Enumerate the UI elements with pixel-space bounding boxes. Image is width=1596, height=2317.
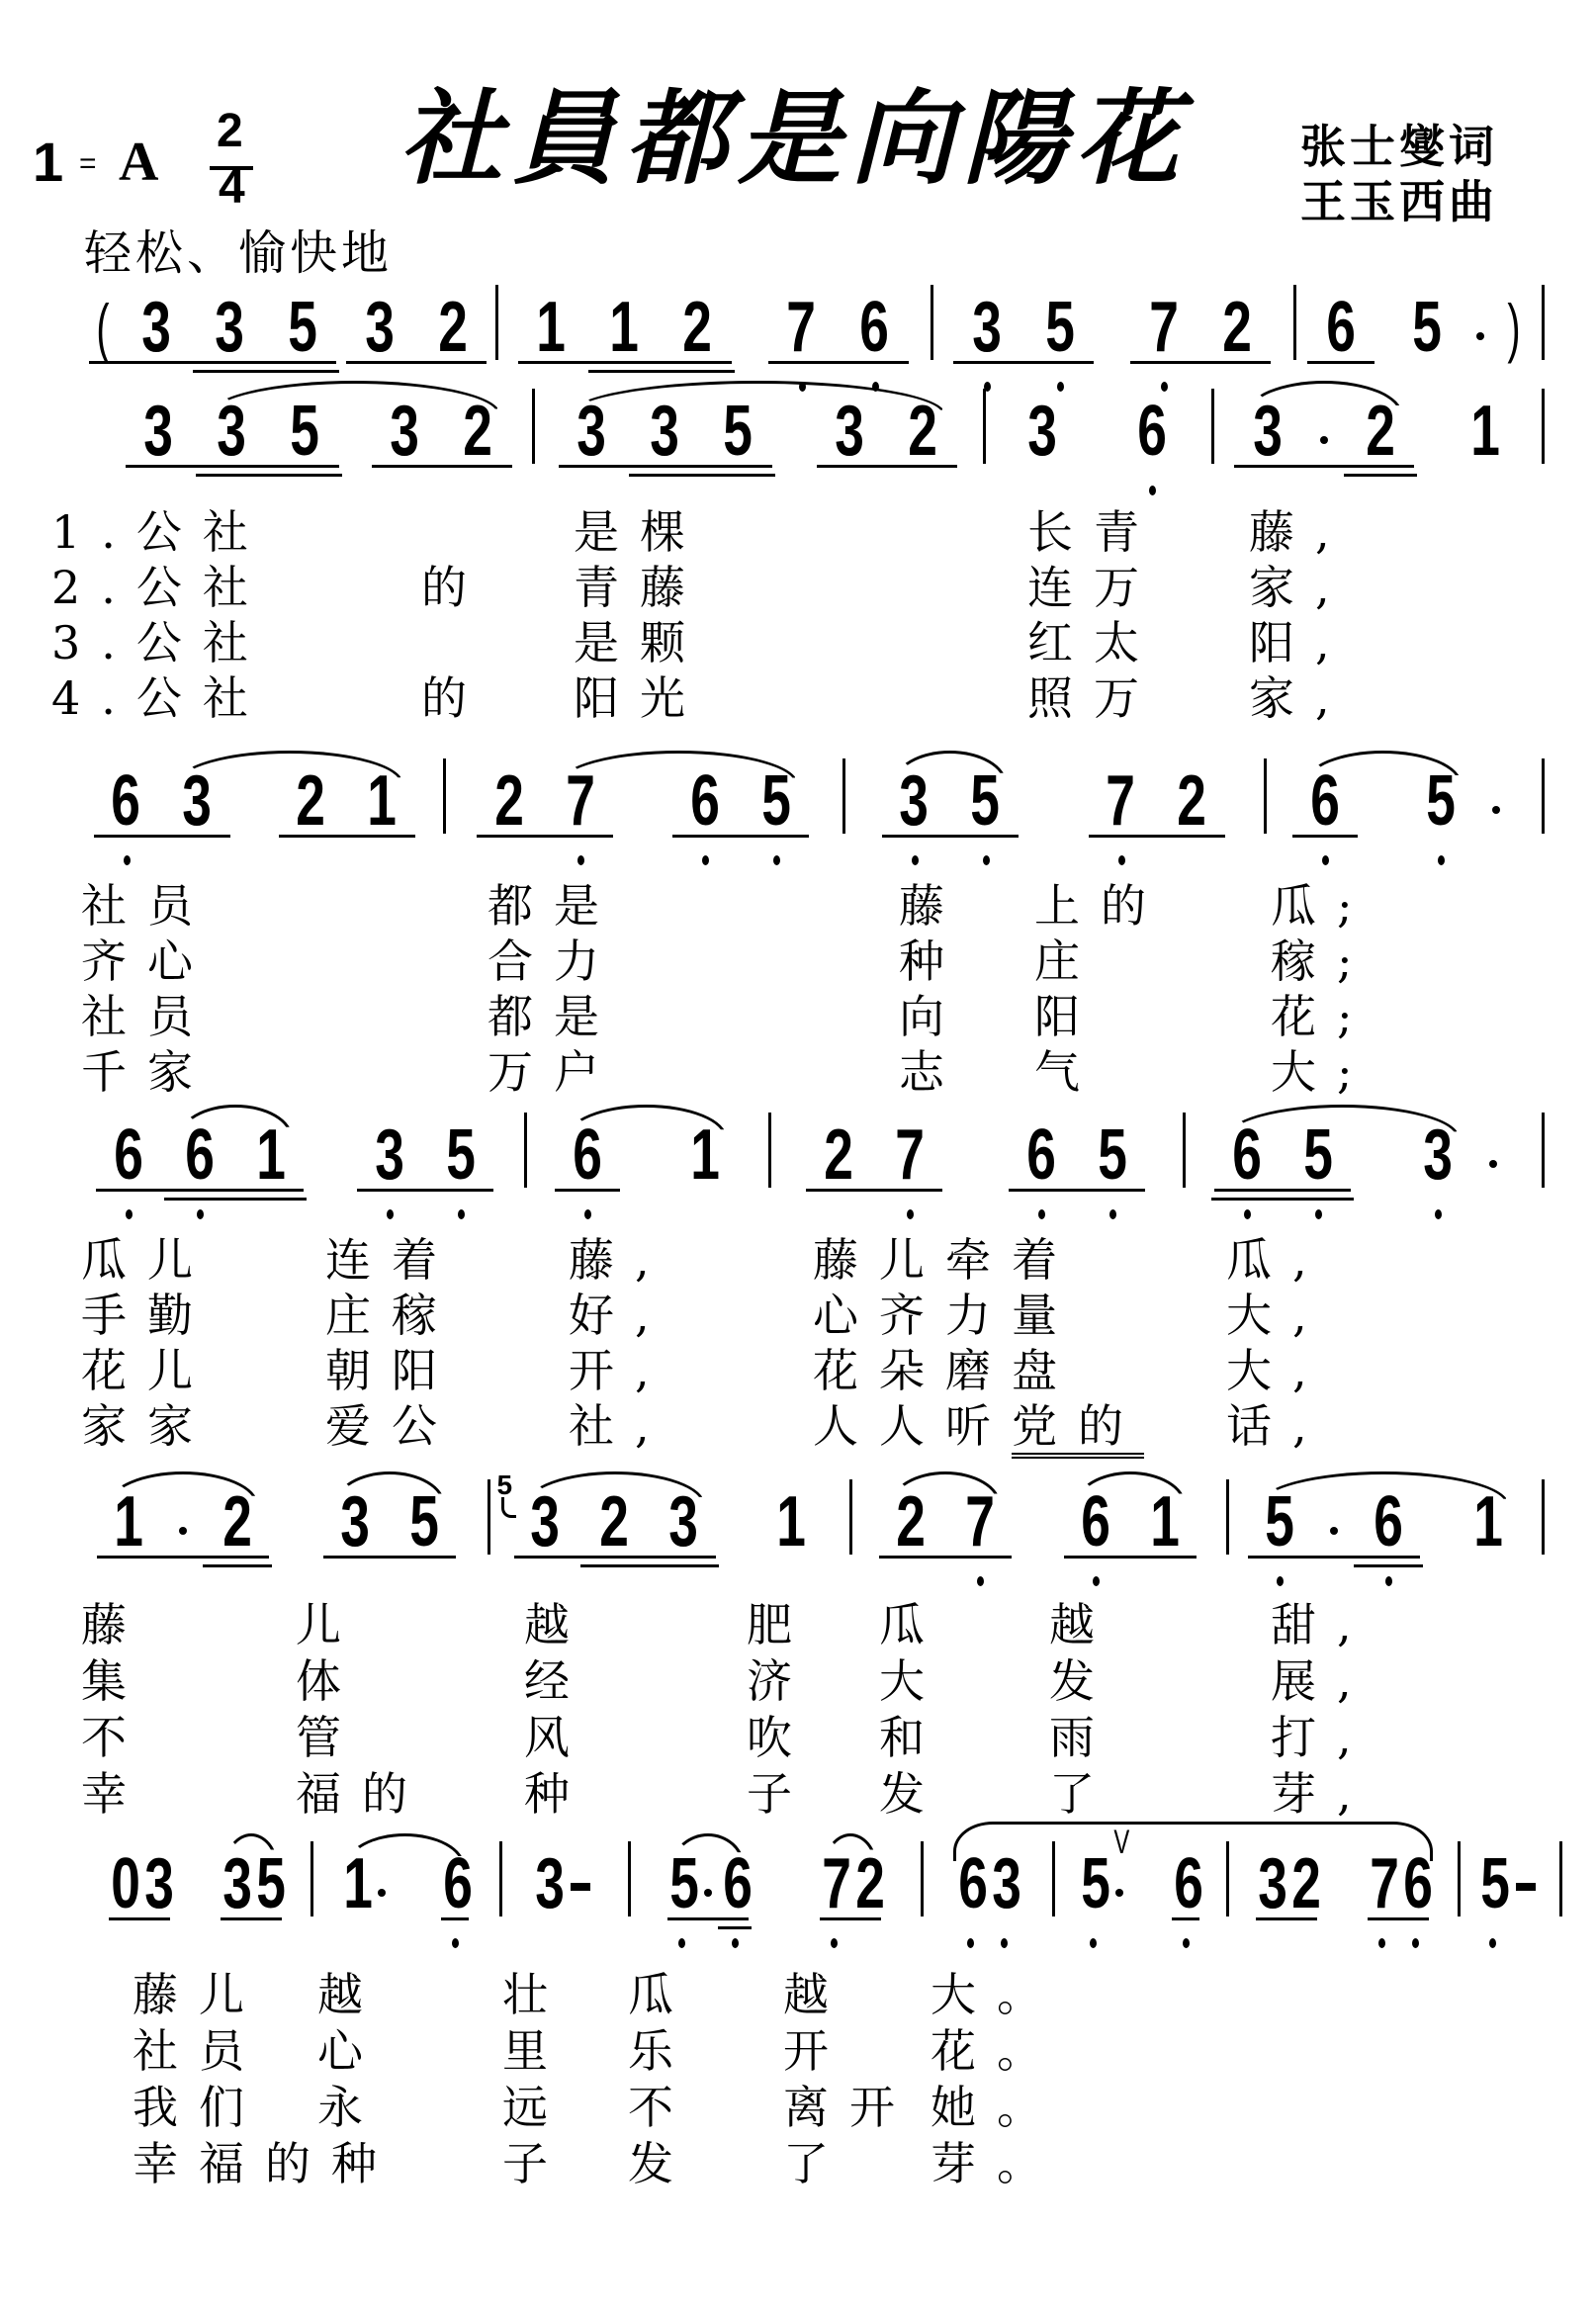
lyric-syllable: 照万 (1027, 672, 1160, 724)
low-octave-dot-icon (907, 1209, 914, 1219)
lyric-syllable: 大, (1226, 1345, 1328, 1396)
note: 3 (1253, 1855, 1286, 1913)
dot-icon (179, 1527, 187, 1535)
note: 6 (1006, 1126, 1077, 1184)
dot-icon (704, 1889, 712, 1897)
note-digit: 5 (1045, 299, 1075, 356)
low-octave-dot-icon (977, 1576, 984, 1586)
lyric-syllable: 都是 (488, 880, 620, 932)
key-degree: 1 (33, 133, 63, 192)
lyric-syllable: 她。 (931, 2082, 1063, 2133)
lyric-syllable: 儿 (296, 1599, 362, 1650)
slur-arc (566, 1105, 727, 1138)
note-digit: 7 (1370, 1855, 1399, 1913)
lyric-syllable: 花; (1271, 991, 1374, 1042)
measure: 3572 (934, 299, 1289, 358)
low-octave-dot-icon (1093, 1576, 1100, 1586)
beamed-note-group: 112 (515, 299, 735, 358)
measure: 36 (987, 402, 1207, 462)
note-digit: 5 (1098, 1126, 1127, 1184)
note: 2 (416, 299, 489, 356)
low-octave-dot-icon (1378, 1938, 1385, 1948)
lyric-syllable: 稼; (1271, 936, 1374, 987)
lyric-syllable: 子 (747, 1768, 813, 1820)
beamed-note-group: 6 (1304, 299, 1377, 358)
lyric-syllable: 家, (1249, 672, 1351, 724)
lyric-syllable: 4.公社 (51, 672, 269, 724)
slur-arc (890, 1471, 1001, 1505)
lyric-syllable: 壮 (502, 1969, 569, 2020)
lyric-syllable: 齐心 (81, 936, 214, 987)
lyric-syllable: 瓜 (628, 1969, 694, 2020)
lyric-syllable: 上的 (1034, 880, 1167, 932)
note: 3 (530, 1855, 564, 1913)
low-octave-dot-icon (1118, 855, 1125, 865)
dash-icon (571, 1883, 590, 1891)
dot-icon (1115, 1889, 1123, 1897)
note-digit: 3 (535, 1855, 565, 1913)
note: 6 (1115, 402, 1189, 460)
sheet-music-page: 1 = A 2 4 社員都是向陽花 张士燮词 王玉西曲 轻松、愉快地 (3353… (0, 0, 1596, 2317)
note-digit: 3 (992, 1855, 1021, 1913)
slur-arc (893, 751, 1007, 784)
lyric-syllable: 了 (783, 2138, 849, 2189)
note-digit: 2 (1178, 772, 1207, 830)
lyric-syllable: 大。 (931, 1969, 1063, 2020)
song-title: 社員都是向陽花 (399, 83, 1189, 194)
lyric-syllable: 花朵磨盘 (813, 1345, 1078, 1396)
lyric-syllable: 越 (317, 1969, 384, 2020)
slur-arc (953, 1822, 1432, 1861)
low-octave-dot-icon (577, 855, 584, 865)
slur-arc (108, 1471, 258, 1505)
lyric-syllable: 心齐力量 (813, 1290, 1078, 1341)
note-digit: 3 (215, 299, 244, 356)
slur-arc (1225, 1105, 1460, 1138)
staff-1: (3353211276357265) (0, 299, 1596, 358)
dot-icon (1320, 436, 1328, 444)
note-group: 63 (953, 1855, 1020, 1915)
lyric-syllable: 里 (502, 2025, 569, 2077)
lyric-syllable: 种 (524, 1768, 590, 1820)
note-digit: 7 (1149, 299, 1179, 356)
lyric-syllable: 人人听党的 (813, 1400, 1144, 1452)
lyric-syllable: 气 (1034, 1046, 1101, 1098)
lyric-syllable: 红太 (1027, 617, 1160, 668)
measure: (33532 (84, 299, 491, 358)
note: 1 (515, 299, 588, 356)
note: 6 (91, 772, 162, 830)
low-octave-dot-icon (584, 1209, 591, 1219)
dash-extension (564, 1855, 597, 1913)
lyric-syllable: 阳光 (574, 672, 706, 724)
low-octave-dot-icon (1038, 1209, 1045, 1219)
lyric-syllable: 连万 (1027, 562, 1160, 613)
bar-line (1559, 1841, 1562, 1916)
lyric-syllable: 手勤 (81, 1290, 214, 1341)
bar-line (443, 758, 446, 834)
low-octave-dot-icon (732, 1938, 739, 1948)
note: 2 (662, 299, 735, 356)
note: 2 (474, 772, 545, 830)
low-octave-dot-icon (126, 1209, 133, 1219)
lyric-syllable: 瓜 (879, 1599, 945, 1650)
slur-arc (176, 751, 403, 784)
lyric-syllable: 都是 (488, 991, 620, 1042)
lyric-syllable: 藤儿 (133, 1969, 265, 2020)
note: 3 (354, 1126, 425, 1184)
note: 5 (1475, 1855, 1509, 1913)
note: 6 (839, 299, 912, 356)
bar-line (1542, 285, 1545, 360)
dot-icon (1492, 806, 1500, 814)
low-octave-dot-icon (458, 1209, 465, 1219)
note-digit: 5 (1480, 1855, 1510, 1913)
note-group: 5 (1475, 1855, 1543, 1915)
note-group: 5V (1076, 1855, 1129, 1915)
note-digit: 1 (537, 299, 567, 356)
lyric-syllable: 社员 (133, 2025, 265, 2077)
grace-note: 5 (497, 1471, 513, 1499)
measure: 11276 (499, 299, 927, 358)
lyric-syllable: 离开 (783, 2082, 916, 2133)
low-octave-dot-icon (1277, 1576, 1284, 1586)
parenthesis: ( (86, 299, 120, 356)
slur-arc (210, 381, 499, 414)
note-digit: 3 (365, 299, 395, 356)
lyric-syllable: 家, (1249, 562, 1351, 613)
note-group: 3 (530, 1855, 597, 1915)
lyric-syllable: 经 (524, 1655, 590, 1707)
low-octave-dot-icon (1149, 486, 1156, 495)
low-octave-dot-icon (678, 1938, 685, 1948)
note: 5 (425, 1126, 496, 1184)
low-octave-dot-icon (1109, 1209, 1116, 1219)
bar-line (768, 1113, 771, 1188)
note-digit: 1 (777, 1493, 807, 1551)
note-group: 3 (1006, 402, 1079, 462)
lyric-syllable: 肥 (747, 1599, 813, 1650)
note-digit: 5 (1412, 299, 1442, 356)
note: 0 (106, 1855, 139, 1913)
lyric-syllable: 芽。 (931, 2138, 1063, 2189)
low-octave-dot-icon (912, 855, 919, 865)
note-digit: 6 (1137, 402, 1167, 460)
lyric-syllable: 万户 (488, 1046, 620, 1098)
bar-line (499, 1841, 502, 1916)
note: 3 (950, 299, 1023, 356)
note-digit: 3 (972, 299, 1002, 356)
measure: 3 (503, 1855, 624, 1915)
slur-arc (824, 1833, 877, 1867)
note: 7 (1086, 772, 1157, 830)
beamed-note-group: 35 (950, 299, 1097, 358)
parenthesis: ) (1497, 299, 1531, 356)
lyric-syllable: 的 (421, 672, 488, 724)
lyric-syllable: 是颗 (574, 617, 706, 668)
slur-arc (334, 1471, 445, 1505)
lyric-syllable: 大; (1271, 1046, 1374, 1098)
measure: 5V6 (1056, 1855, 1222, 1915)
note-digit: 5 (288, 299, 317, 356)
lyric-syllable: 好, (569, 1290, 670, 1341)
note-digit: 6 (1174, 1855, 1203, 1913)
dash-extension (1509, 1855, 1543, 1913)
lyric-syllable: 千家 (81, 1046, 214, 1098)
lyric-syllable: 风 (524, 1712, 590, 1763)
lyric-syllable: 连着 (325, 1234, 458, 1286)
note: 5 (1076, 1855, 1109, 1913)
lyric-syllable: 远 (502, 2082, 569, 2133)
slur-arc (559, 751, 797, 784)
lyric-melisma-underline: 党的 (1012, 1399, 1144, 1459)
note-digit: 0 (111, 1855, 140, 1913)
note: 5 (1023, 299, 1097, 356)
parenthesis-glyph: ) (1508, 299, 1521, 356)
note: 5 (1077, 1126, 1148, 1184)
lyric-syllable: 了 (1049, 1768, 1115, 1820)
lyric-syllable: 集 (81, 1655, 147, 1707)
lyric-syllable: 合力 (488, 936, 620, 987)
augmentation-dot (1476, 772, 1516, 830)
composer-credit: 王玉西曲 (1300, 176, 1498, 227)
note-digit: 3 (1027, 402, 1057, 460)
low-octave-dot-icon (1435, 1209, 1442, 1219)
lyric-syllable: 越 (783, 1969, 849, 2020)
time-signature-denominator: 4 (219, 164, 245, 212)
low-octave-dot-icon (1489, 1938, 1496, 1948)
lyric-syllable: 心 (317, 2025, 384, 2077)
lyric-syllable: 瓜儿 (81, 1234, 214, 1286)
lyric-syllable: 花儿 (81, 1345, 214, 1396)
beamed-note-group: 76 (765, 299, 912, 358)
low-octave-dot-icon (1412, 1938, 1419, 1948)
note-digit: 1 (1470, 402, 1500, 460)
note-digit: 6 (112, 772, 141, 830)
note-digit: 6 (1326, 299, 1356, 356)
lyric-syllable: 1.公社 (51, 506, 269, 558)
augmentation-dot: V (1109, 1855, 1129, 1913)
lyric-syllable: 福的 (296, 1768, 428, 1820)
measure: 5 (1462, 1855, 1555, 1915)
lyric-syllable: 越 (1049, 1599, 1115, 1650)
lyric-syllable: 向 (899, 991, 965, 1042)
measure: 2765 (772, 1126, 1179, 1186)
beamed-note-group: 32 (343, 299, 489, 358)
lyric-syllable: 大 (879, 1655, 945, 1707)
beamed-note-group: 72 (1127, 299, 1274, 358)
bar-line (1264, 758, 1267, 834)
lyric-syllable: 是棵 (574, 506, 706, 558)
note-digit: 2 (824, 1126, 853, 1184)
lyric-syllable: 体 (296, 1655, 362, 1707)
lyric-syllable: 庄 (1034, 936, 1101, 987)
lyric-syllable: 乐 (628, 2025, 694, 2077)
beamed-note-group: 76 (1365, 1855, 1432, 1915)
note-group: 6 (1115, 402, 1189, 462)
lyricist-credit: 张士燮词 (1300, 121, 1498, 172)
note-digit: 5 (446, 1126, 476, 1184)
lyric-syllable: 2.公社 (51, 562, 269, 613)
low-octave-dot-icon (197, 1209, 204, 1219)
note-digit: 5 (1081, 1855, 1110, 1913)
lyric-text: 人人听 (813, 1399, 1012, 1453)
lyric-syllable: 藤 (81, 1599, 147, 1650)
bar-line (1226, 1479, 1229, 1555)
note: 5 (266, 299, 339, 356)
note-digit: 6 (860, 299, 890, 356)
note: 6 (1304, 299, 1377, 356)
note-digit: 6 (114, 1126, 143, 1184)
note-digit: 7 (787, 299, 817, 356)
note: 3 (343, 299, 416, 356)
note: 7 (874, 1126, 945, 1184)
note-digit: 3 (1258, 1855, 1287, 1913)
note: 3 (139, 1855, 173, 1913)
low-octave-dot-icon (1385, 1576, 1392, 1586)
bar-line (842, 758, 845, 834)
lyric-syllable: 阳, (1249, 617, 1351, 668)
lyric-syllable: 大, (1226, 1290, 1328, 1341)
lyric-syllable: 济 (747, 1655, 813, 1707)
low-octave-dot-icon (1438, 855, 1445, 865)
lyric-syllable: 的 (421, 562, 488, 613)
low-octave-dot-icon (124, 855, 131, 865)
bar-line (310, 1841, 313, 1916)
slur-arc (525, 1471, 705, 1505)
lyric-syllable: 和 (879, 1712, 945, 1763)
lyric-syllable: 3.公社 (51, 617, 269, 668)
bar-line (532, 389, 535, 464)
note: 1 (588, 299, 662, 356)
lyric-syllable: 子 (502, 2138, 569, 2189)
note-digit: 2 (494, 772, 524, 830)
lyric-syllable: 藤儿牵着 (813, 1234, 1078, 1286)
measure: 3276 (1230, 1855, 1454, 1915)
bar-line (1542, 758, 1545, 834)
beamed-note-group: 65 (1006, 1126, 1148, 1186)
lyric-syllable: 开, (569, 1345, 670, 1396)
lyric-syllable: 幸 (81, 1768, 147, 1820)
dot-icon (1489, 1160, 1497, 1168)
lyric-syllable: 芽, (1271, 1768, 1373, 1820)
low-octave-dot-icon (702, 855, 709, 865)
measure: 63 (925, 1855, 1048, 1915)
note-digit: 3 (141, 299, 171, 356)
slur-arc (1304, 751, 1463, 784)
lyric-syllable: 幸福的种 (133, 2138, 398, 2189)
lyric-syllable: 藤 (899, 880, 965, 932)
note: 3 (120, 299, 193, 356)
bar-line (1183, 1113, 1186, 1188)
lyric-syllable: 社员 (81, 991, 214, 1042)
lyric-syllable: 发 (628, 2138, 694, 2189)
note-digit: 3 (375, 1126, 404, 1184)
lyric-syllable: 家家 (81, 1400, 214, 1452)
lyric-syllable: 朝阳 (325, 1345, 458, 1396)
note-digit: 2 (683, 299, 713, 356)
measure: 65) (1297, 299, 1538, 358)
note-digit: 3 (144, 1855, 174, 1913)
bar-line (524, 1113, 527, 1188)
note: 2 (1200, 299, 1274, 356)
note: 6 (1169, 1855, 1202, 1913)
lyric-syllable: 发 (879, 1768, 945, 1820)
note: 3 (123, 402, 196, 460)
lyric-syllable: 展, (1271, 1655, 1373, 1707)
lyric-syllable: 长青 (1027, 506, 1160, 558)
lyric-syllable: 我们 (133, 2082, 265, 2133)
lyric-syllable: 甜, (1271, 1599, 1373, 1650)
time-signature-numerator: 2 (217, 108, 243, 155)
beamed-note-group: 35 (354, 1126, 496, 1186)
dot-icon (378, 1889, 386, 1897)
lyric-syllable: 庄稼 (325, 1290, 458, 1341)
grace-hook-icon (501, 1497, 516, 1518)
note-digit: 3 (144, 402, 174, 460)
lyric-syllable: 藤, (1249, 506, 1351, 558)
parenthesis-glyph: ( (96, 299, 109, 356)
note: 7 (1127, 299, 1200, 356)
note: 5 (1390, 299, 1463, 356)
lyric-syllable: 瓜; (1271, 880, 1374, 932)
lyric-syllable: 青藤 (574, 562, 706, 613)
note-group: 1 (757, 1493, 827, 1553)
lyric-syllable: 不 (81, 1712, 147, 1763)
low-octave-dot-icon (1057, 382, 1064, 392)
slur-arc (570, 381, 944, 414)
measure: 66135 (69, 1126, 520, 1186)
bar-line (1293, 285, 1296, 360)
beamed-note-group: (335 (86, 299, 339, 358)
note: 7 (765, 299, 839, 356)
bar-line (1542, 389, 1545, 464)
bar-line (1542, 1113, 1545, 1188)
slur-arc (345, 1833, 466, 1867)
note: 2 (1286, 1855, 1320, 1913)
bar-line (1458, 1841, 1461, 1916)
bar-line (1542, 1479, 1545, 1555)
bar-line (628, 1841, 631, 1916)
slur-arc (1075, 1471, 1186, 1505)
low-octave-dot-icon (773, 855, 780, 865)
note: 6 (1398, 1855, 1432, 1913)
note: 1 (1449, 402, 1522, 460)
augmentation-dot (1463, 299, 1497, 356)
bar-line (931, 285, 933, 360)
tempo-marking: 轻松、愉快地 (84, 225, 393, 281)
note: 7 (1365, 1855, 1398, 1913)
low-octave-dot-icon (1161, 382, 1168, 392)
slur-arc (178, 1105, 292, 1138)
note: 3 (193, 299, 266, 356)
bar-line (849, 1479, 852, 1555)
lyric-syllable: 话, (1226, 1400, 1328, 1452)
lyric-syllable: 爱公 (325, 1400, 458, 1452)
note-group: 5) (1390, 299, 1531, 358)
beamed-note-group: 27 (803, 1126, 945, 1186)
slur-arc (1259, 1471, 1509, 1505)
note-digit: 1 (610, 299, 640, 356)
dash-icon (1516, 1883, 1536, 1891)
lyric-syllable: 吹 (747, 1712, 813, 1763)
beamed-note-group: 03 (106, 1855, 173, 1915)
note: 1 (757, 1493, 827, 1551)
note: 3 (987, 1855, 1020, 1913)
lyric-syllable: 越 (524, 1599, 590, 1650)
augmentation-dot (1473, 1126, 1513, 1184)
lyric-syllable: 开 (783, 2025, 849, 2077)
